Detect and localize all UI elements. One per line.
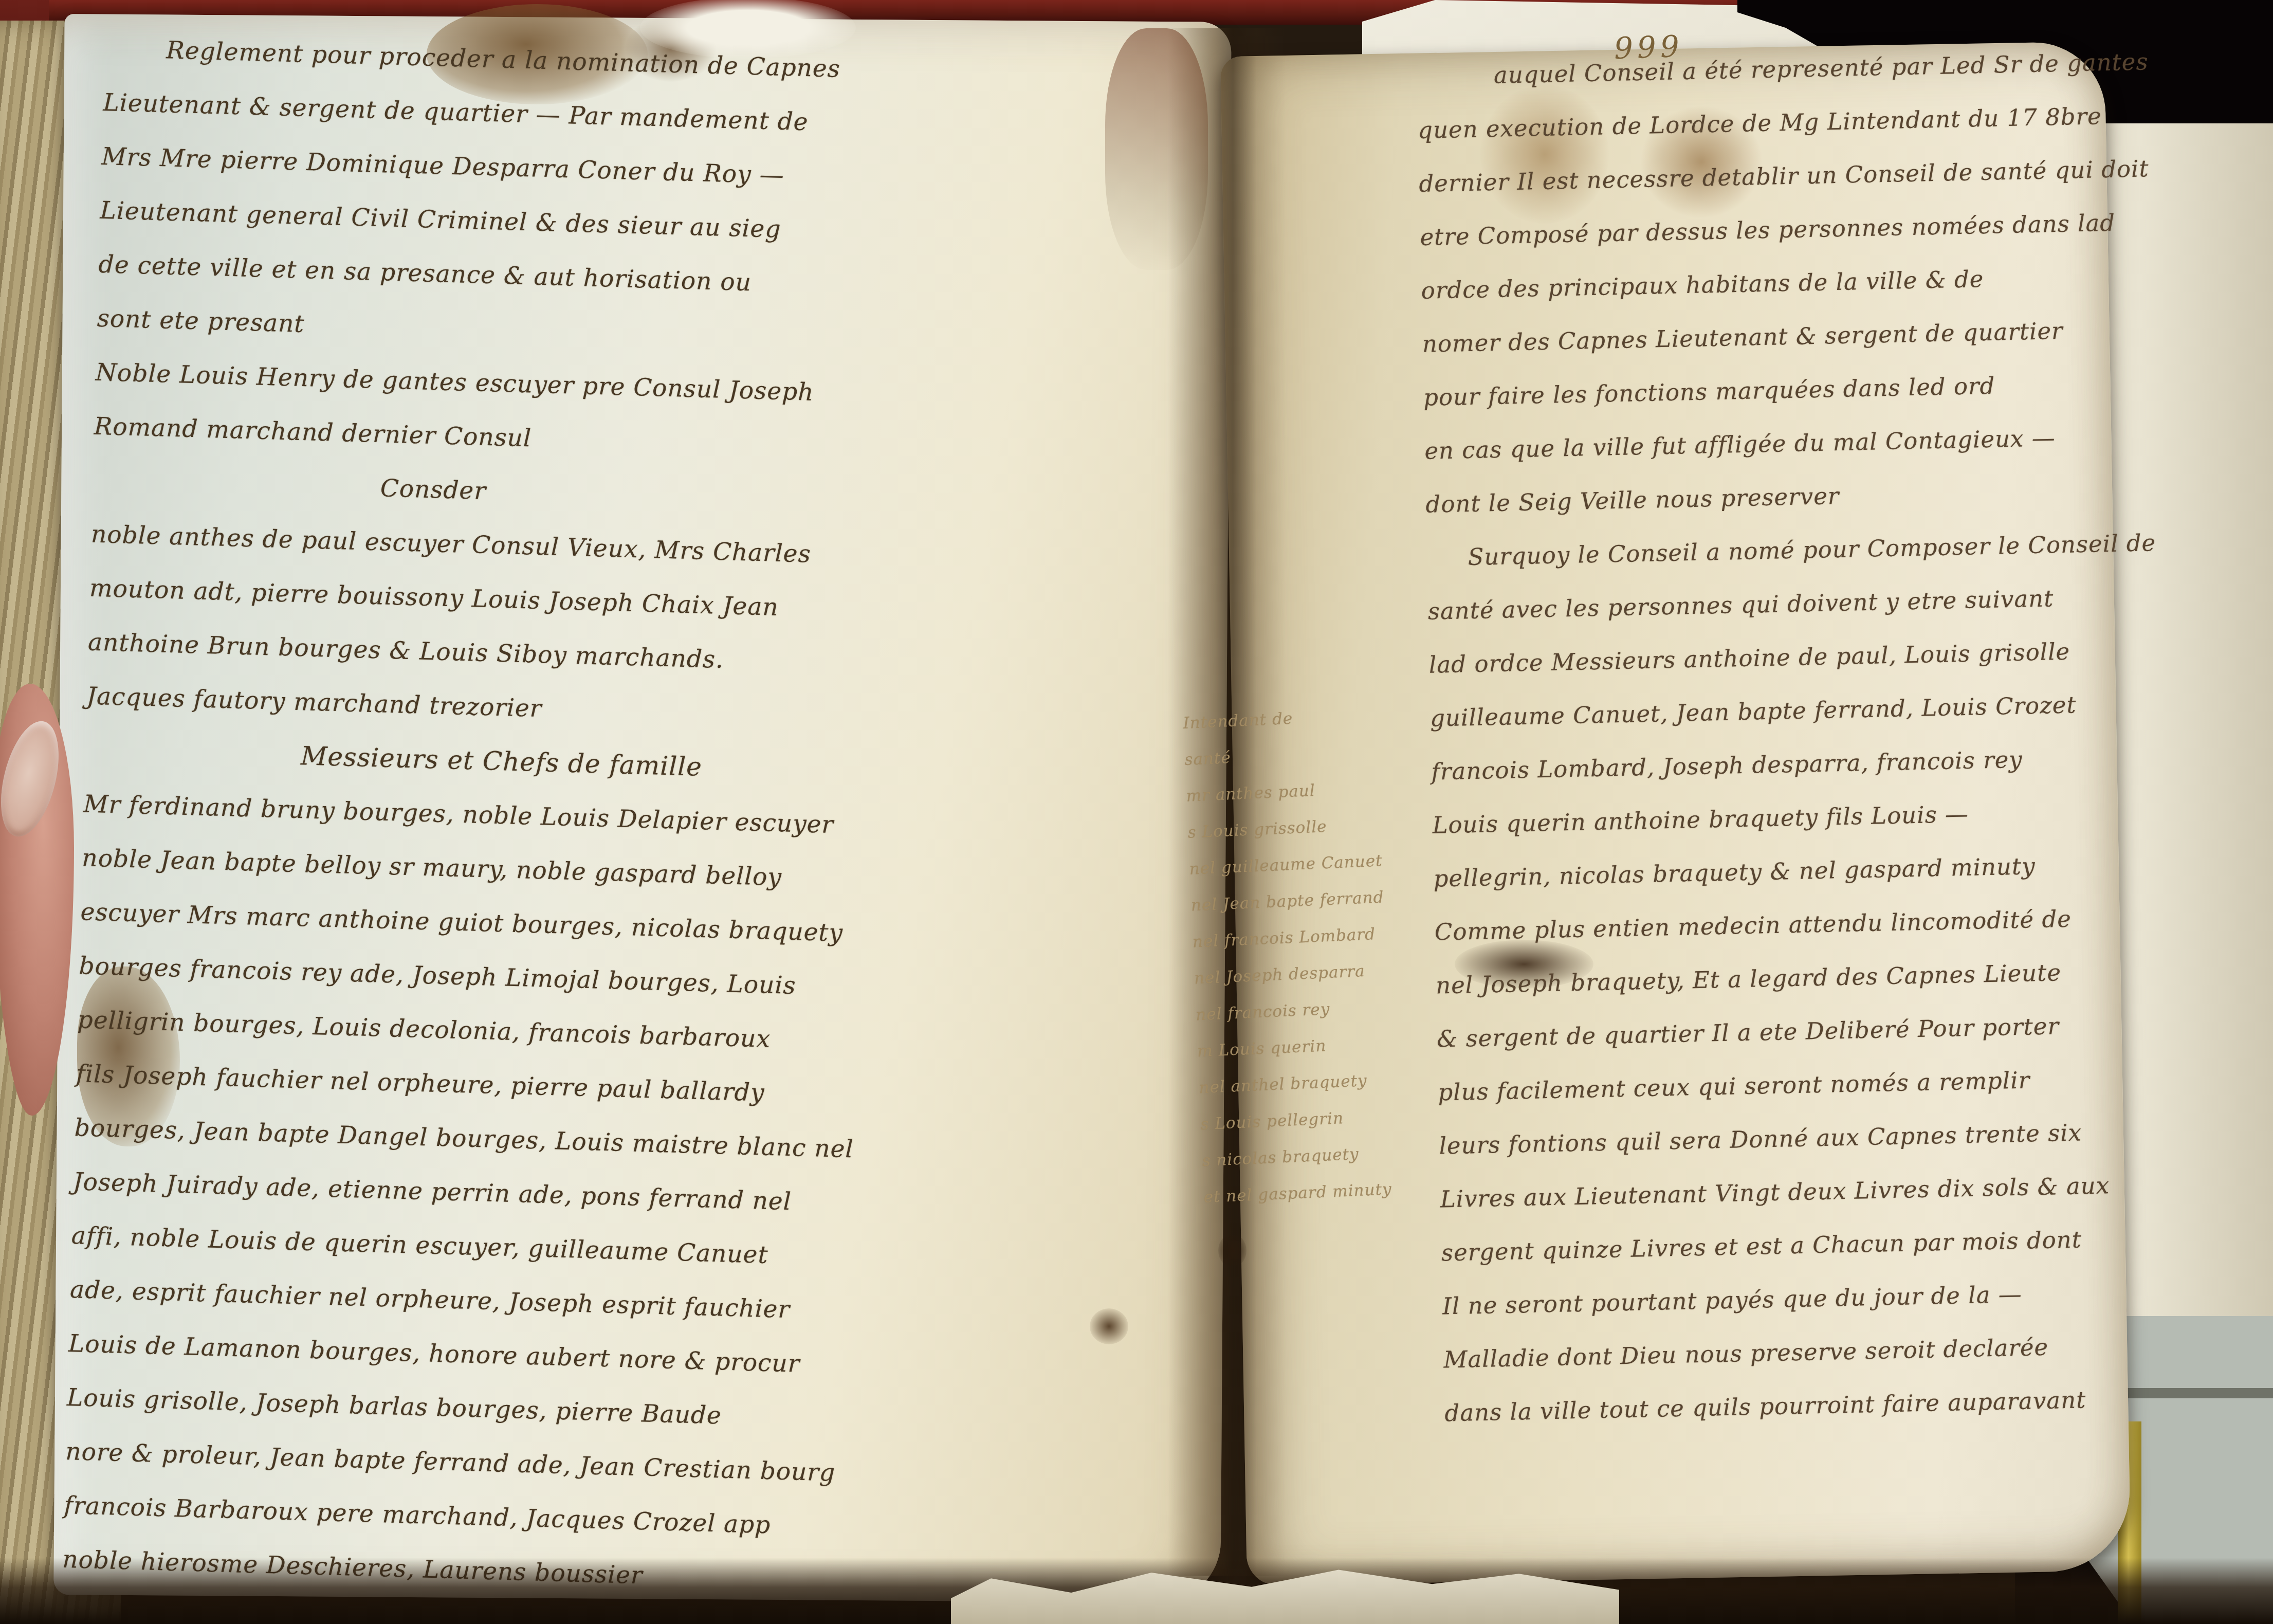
right-page-text: auquel Conseil a été representé par Led … (1416, 32, 2273, 1440)
thumb-nail (0, 715, 69, 842)
photo-open-manuscript-register: 999 Reglement pour proceder a la nominat… (0, 0, 2273, 1624)
gutter-margin-note: Intendant desantémr anthes pauls Louis g… (1182, 695, 1451, 1216)
left-page-text: Reglement pour proceder a la nomination … (62, 22, 1225, 1618)
